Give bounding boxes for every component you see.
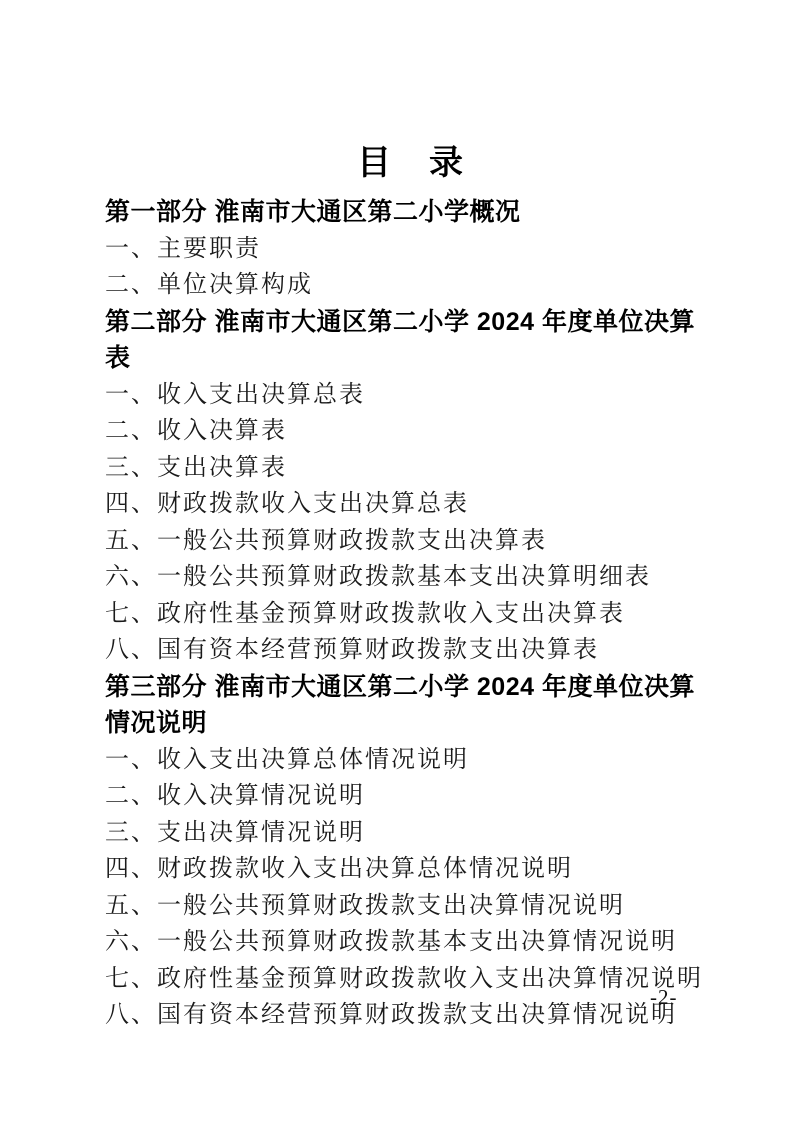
toc-entry: 七、政府性基金预算财政拨款收入支出决算表 (105, 596, 717, 633)
toc-entry: 六、一般公共预算财政拨款基本支出决算情况说明 (105, 924, 717, 961)
toc-entry: 五、一般公共预算财政拨款支出决算情况说明 (105, 888, 717, 925)
toc-entry: 四、财政拨款收入支出决算总体情况说明 (105, 851, 717, 888)
toc-entry: 二、收入决算表 (105, 413, 717, 450)
toc-section-2: 第二部分 淮南市大通区第二小学 2024 年度单位决算表 一、收入支出决算总表 … (105, 304, 717, 669)
toc-entry: 七、政府性基金预算财政拨款收入支出决算情况说明 (105, 961, 717, 998)
toc-entry: 一、收入支出决算总表 (105, 377, 717, 414)
toc-entry: 二、收入决算情况说明 (105, 778, 717, 815)
page-number: -2- (650, 985, 678, 1010)
section-1-heading: 第一部分 淮南市大通区第二小学概况 (105, 194, 717, 231)
toc-section-1: 第一部分 淮南市大通区第二小学概况 一、主要职责 二、单位决算构成 (105, 194, 717, 304)
page-title: 目 录 (105, 140, 717, 186)
toc-entry: 四、财政拨款收入支出决算总表 (105, 486, 717, 523)
toc-content: 目 录 第一部分 淮南市大通区第二小学概况 一、主要职责 二、单位决算构成 第二… (105, 140, 717, 1034)
toc-section-3: 第三部分 淮南市大通区第二小学 2024 年度单位决算情况说明 一、收入支出决算… (105, 669, 717, 1034)
toc-entry: 三、支出决算情况说明 (105, 815, 717, 852)
toc-entry: 六、一般公共预算财政拨款基本支出决算明细表 (105, 559, 717, 596)
toc-entry: 一、主要职责 (105, 231, 717, 268)
toc-entry: 三、支出决算表 (105, 450, 717, 487)
toc-entry: 五、一般公共预算财政拨款支出决算表 (105, 523, 717, 560)
section-3-heading: 第三部分 淮南市大通区第二小学 2024 年度单位决算情况说明 (105, 669, 717, 742)
toc-entry: 二、单位决算构成 (105, 267, 717, 304)
toc-entry: 八、国有资本经营预算财政拨款支出决算表 (105, 632, 717, 669)
toc-entry: 八、国有资本经营预算财政拨款支出决算情况说明 (105, 997, 717, 1034)
document-page: 目 录 第一部分 淮南市大通区第二小学概况 一、主要职责 二、单位决算构成 第二… (0, 0, 793, 1122)
toc-entry: 一、收入支出决算总体情况说明 (105, 742, 717, 779)
section-2-heading: 第二部分 淮南市大通区第二小学 2024 年度单位决算表 (105, 304, 717, 377)
